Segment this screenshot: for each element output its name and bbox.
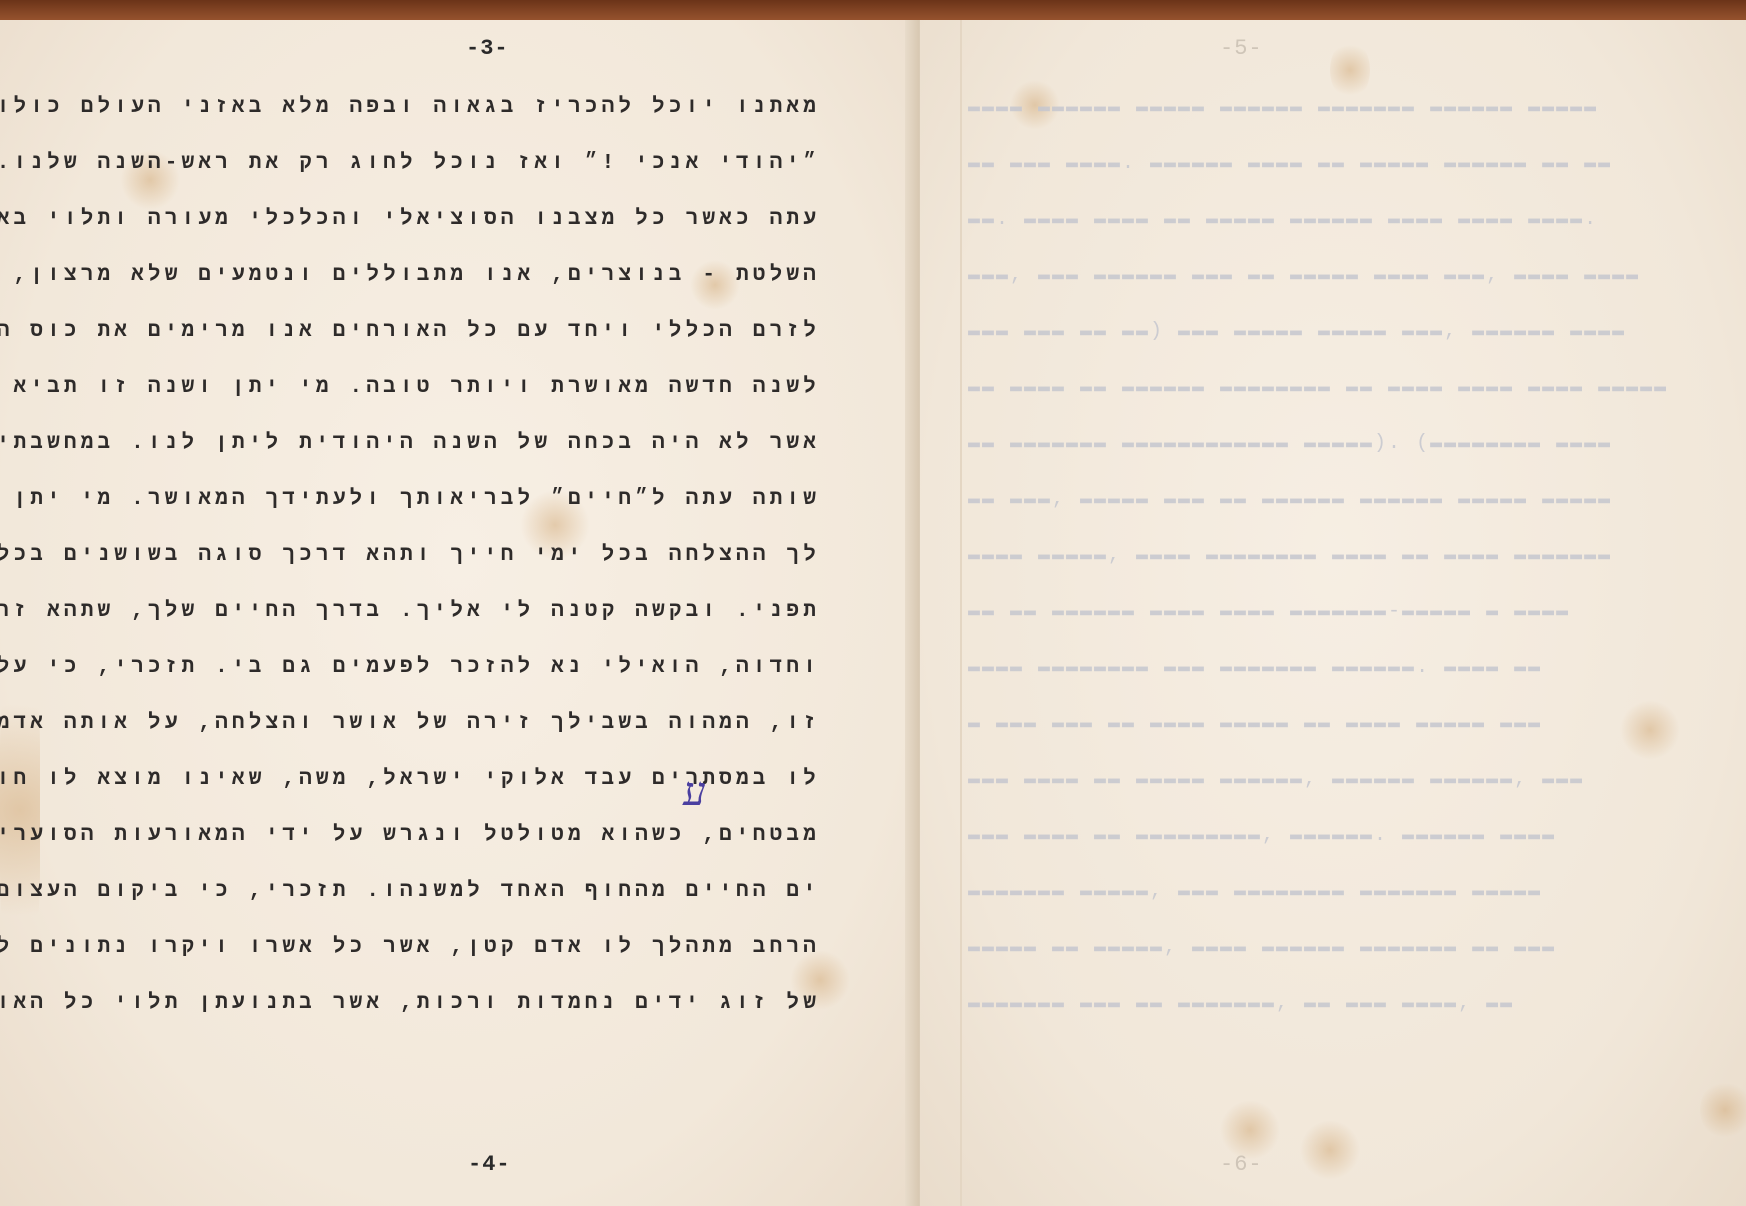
typewritten-text-block: מאתנו יוכל להכריז בגאוה ובפה מלא באזני ה… [30,96,820,1096]
text-line-9: לך ההצלחה בכל ימי חייך ותהא דרכך סוגה בש… [0,544,820,567]
text-line-1: מאתנו יוכל להכריז בגאוה ובפה מלא באזני ה… [0,96,820,119]
text-line-6: לשנה חדשה מאושרת ויותר טובה. מי יתן ושנה… [0,376,820,399]
bleed-through-text-block: ▬▬▬▬ ▬▬▬▬▬▬ ▬▬▬▬▬ ▬▬▬▬▬▬ ▬▬▬▬▬▬▬ ▬▬▬▬▬▬ … [968,96,1738,1096]
ghost-line: ▬▬ ▬▬▬, ▬▬▬▬▬ ▬▬▬ ▬▬ ▬▬▬▬▬▬ ▬▬▬▬▬▬ ▬▬▬▬▬… [968,488,1612,511]
page-fold [960,20,962,1206]
page-number-top: -3- [466,36,509,61]
ghost-line: ▬▬▬ ▬▬▬▬ ▬▬ ▬▬▬▬▬ ▬▬▬▬▬▬, ▬▬▬▬▬▬ ▬▬▬▬▬▬,… [968,768,1584,791]
text-line-15: ים החיים מהחוף האחד למשנהו. תזכרי, כי בי… [0,880,820,903]
text-line-7: אשר לא היה בכחה של השנה היהודית ליתן לנו… [0,432,820,455]
ghost-line: ▬▬ ▬▬▬▬ ▬▬ ▬▬▬▬▬▬ ▬▬▬▬▬▬▬▬ ▬▬ ▬▬▬▬ ▬▬▬▬ … [968,376,1668,399]
ghost-line: ▬▬ ▬▬▬ ▬▬▬▬. ▬▬▬▬▬▬ ▬▬▬▬ ▬▬ ▬▬▬▬▬ ▬▬▬▬▬▬… [968,152,1612,175]
ghost-line: ▬▬▬▬ ▬▬▬▬▬, ▬▬▬▬ ▬▬▬▬▬▬▬▬ ▬▬▬▬ ▬▬ ▬▬▬▬ ▬… [968,544,1612,567]
book-spread: -3- מאתנו יוכל להכריז בגאוה ובפה מלא באז… [0,20,1746,1206]
left-page: -3- מאתנו יוכל להכריז בגאוה ובפה מלא באז… [0,20,920,1206]
text-line-10: תפני. ובקשה קטנה לי אליך. בדרך החיים שלך… [0,600,820,623]
text-line-11: וחדוה, הואילי נא להזכר לפעמים גם בי. תזכ… [0,656,820,679]
ghost-line: ▬▬ ▬▬ ▬▬▬▬▬▬ ▬▬▬▬ ▬▬▬▬ ▬▬▬▬▬▬▬-▬▬▬▬▬ ▬ ▬… [968,600,1570,623]
text-line-8: שותה עתה ל״חיים״ לבריאותך ולעתידך המאושר… [0,488,820,511]
ghost-line: ▬▬ ▬▬▬▬▬▬▬ ▬▬▬▬▬▬▬▬▬▬▬▬ ▬▬▬▬▬). (▬▬▬▬▬▬▬… [968,432,1612,455]
text-line-5: לזרם הכללי ויחד עם כל האורחים אנו מרימים… [0,320,820,343]
ghost-line: ▬▬▬▬▬ ▬▬ ▬▬▬▬▬, ▬▬▬▬ ▬▬▬▬▬▬ ▬▬▬▬▬▬▬ ▬▬ ▬… [968,936,1556,959]
ghost-line: ▬▬. ▬▬▬▬ ▬▬▬▬ ▬▬ ▬▬▬▬▬ ▬▬▬▬▬▬ ▬▬▬▬ ▬▬▬▬ … [968,208,1598,231]
ghost-line: ▬▬▬▬▬▬▬ ▬▬▬ ▬▬ ▬▬▬▬▬▬▬, ▬▬ ▬▬▬ ▬▬▬▬, ▬▬ [968,992,1514,1015]
page-number-bottom: -4- [468,1152,511,1177]
ghost-line: ▬▬▬ ▬▬▬▬ ▬▬ ▬▬▬▬▬▬▬▬▬, ▬▬▬▬▬▬. ▬▬▬▬▬▬ ▬▬… [968,824,1556,847]
right-page: -5- ▬▬▬▬ ▬▬▬▬▬▬ ▬▬▬▬▬ ▬▬▬▬▬▬ ▬▬▬▬▬▬▬ ▬▬▬… [920,20,1746,1206]
ghost-line: ▬ ▬▬▬ ▬▬▬ ▬▬ ▬▬▬▬ ▬▬▬▬▬ ▬▬ ▬▬▬▬ ▬▬▬▬▬ ▬▬… [968,712,1542,735]
text-line-12: זו, המהוה בשבילך זירה של אושר והצלחה, על… [0,712,820,735]
paper-stain [1330,40,1370,100]
text-line-16: הרחב מתהלך לו אדם קטן, אשר כל אשרו ויקרו… [0,936,820,959]
paper-stain [1300,1120,1360,1180]
ghost-line: ▬▬▬▬ ▬▬▬▬▬▬▬▬ ▬▬▬ ▬▬▬▬▬▬▬ ▬▬▬▬▬▬. ▬▬▬▬ ▬… [968,656,1542,679]
text-line-17: של זוג ידים נחמדות ורכות, אשר בתנועתן תל… [0,992,820,1015]
ghost-line: ▬▬▬▬▬▬▬ ▬▬▬▬▬, ▬▬▬ ▬▬▬▬▬▬▬▬ ▬▬▬▬▬▬▬ ▬▬▬▬… [968,880,1542,903]
ghost-line: ▬▬▬, ▬▬▬ ▬▬▬▬▬▬ ▬▬▬ ▬▬ ▬▬▬▬▬ ▬▬▬▬ ▬▬▬, ▬… [968,264,1640,287]
paper-stain [1220,1100,1280,1160]
ghost-page-number-top: -5- [1220,36,1263,61]
text-line-3: עתה כאשר כל מצבנו הסוציאלי והכלכלי מעורה… [0,208,820,231]
text-line-2: ״יהודי אנכי !״ ואז נוכל לחוג רק את ראש-ה… [0,152,820,175]
handwritten-ink-correction: ע [683,768,706,815]
ghost-line: ▬▬▬▬ ▬▬▬▬▬▬ ▬▬▬▬▬ ▬▬▬▬▬▬ ▬▬▬▬▬▬▬ ▬▬▬▬▬▬ … [968,96,1598,119]
text-line-4: השלטת - בנוצרים, אנו מתבוללים ונטמעים של… [0,264,820,287]
text-line-14: מבטחים, כשהוא מטולטל ונגרש על ידי המאורע… [0,824,820,847]
ghost-line: ▬▬▬ ▬▬▬ ▬▬ ▬▬) ▬▬▬ ▬▬▬▬▬ ▬▬▬▬▬ ▬▬▬, ▬▬▬▬… [968,320,1626,343]
ghost-page-number-bottom: -6- [1220,1152,1263,1177]
